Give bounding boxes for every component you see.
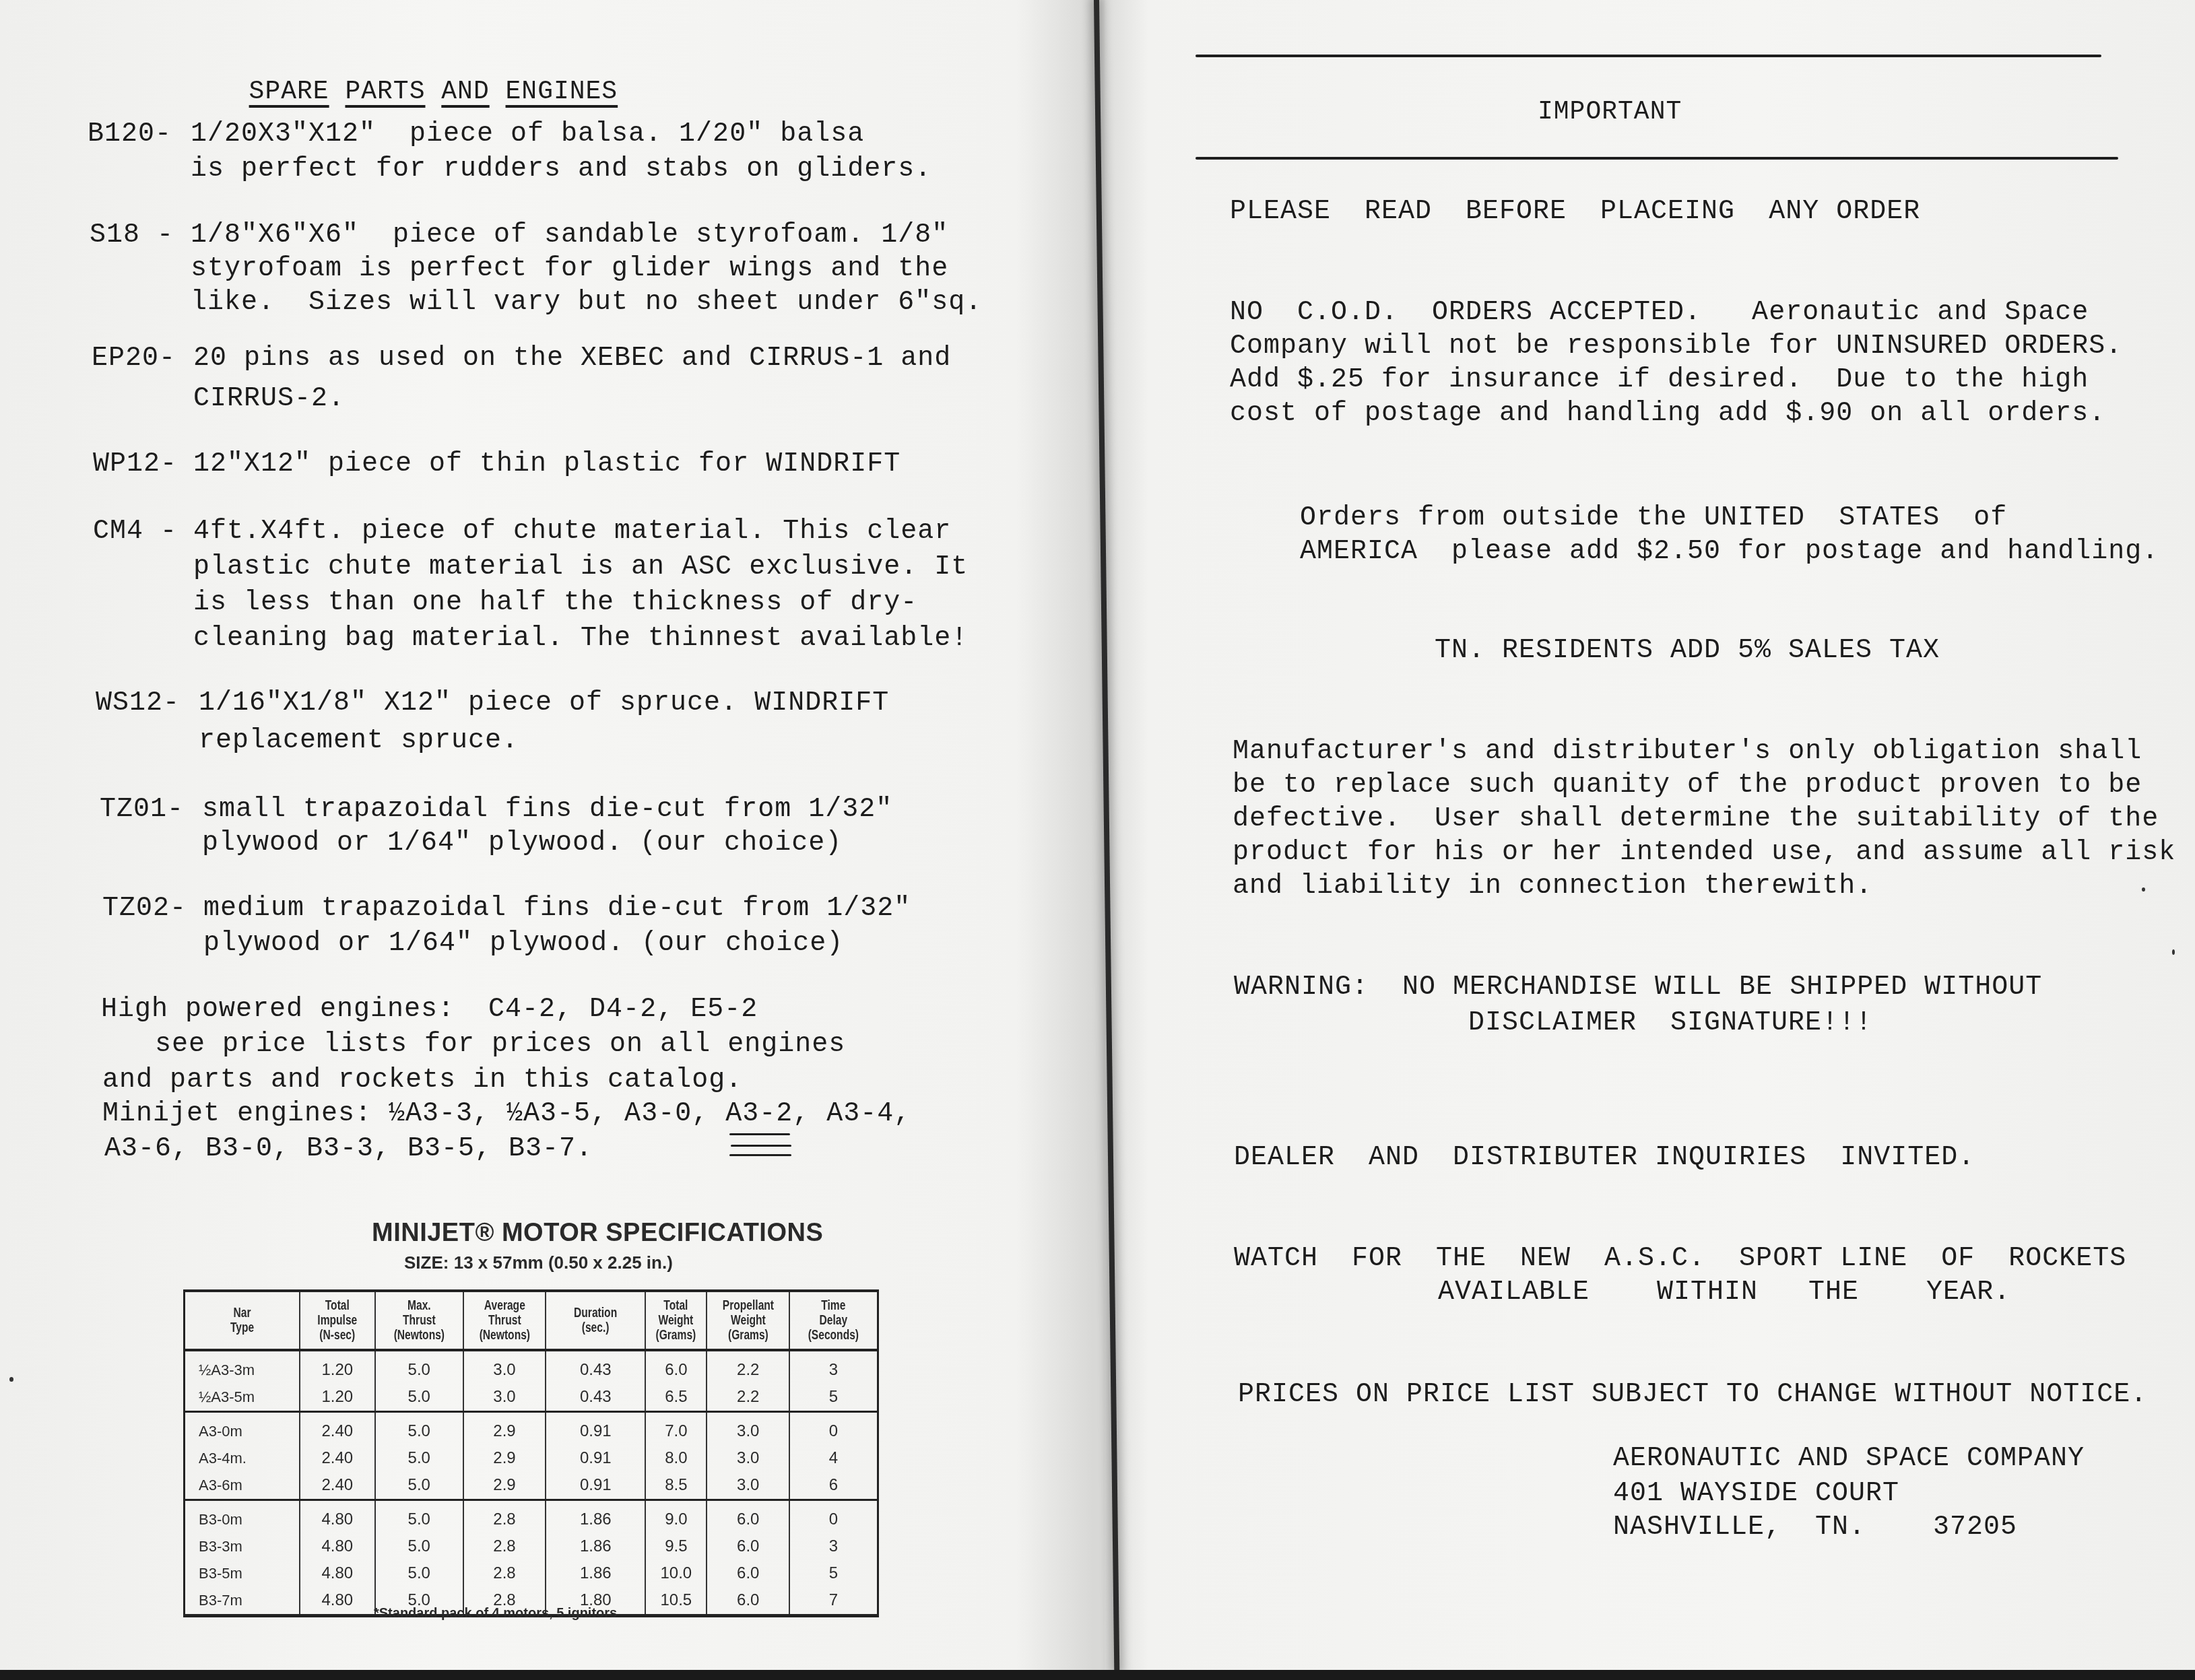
table-header-row: NarTypeTotalImpulse(N-sec)Max.Thrust(New…	[185, 1291, 878, 1350]
spec-value-cell: 6.5	[645, 1384, 707, 1412]
motor-type-cell: B3-7m	[185, 1587, 300, 1616]
watch-line-1: WATCH FOR THE NEW A.S.C. SPORT LINE OF R…	[1234, 1242, 2126, 1276]
spec-value-cell: 0	[789, 1500, 878, 1534]
part-code: S18 -	[90, 219, 174, 253]
spec-table-title: MINIJET® MOTOR SPECIFICATIONS	[372, 1219, 823, 1248]
spec-value-cell: 8.0	[645, 1445, 707, 1472]
spec-value-cell: 2.2	[707, 1384, 789, 1412]
header-text: Impulse	[317, 1313, 357, 1328]
handwritten-underline	[729, 1154, 791, 1156]
spec-value-cell: 2.40	[300, 1445, 375, 1472]
spec-value-cell: 3.0	[463, 1384, 546, 1412]
column-header: TimeDelay(Seconds)	[789, 1291, 878, 1350]
column-header: PropellantWeight(Grams)	[707, 1291, 789, 1350]
address-city: NASHVILLE, TN. 37205	[1613, 1511, 2017, 1545]
spec-value-cell: 2.8	[463, 1500, 546, 1534]
liability-line-4: product for his or her intended use, and…	[1233, 836, 2175, 870]
motor-type-cell: A3-6m	[185, 1472, 300, 1500]
spec-value-cell: 5.0	[375, 1350, 463, 1384]
important-heading: IMPORTANT	[1538, 96, 1682, 129]
see-price-lists: see price lists for prices on all engine…	[155, 1028, 845, 1062]
minijet-spec-table: NarTypeTotalImpulse(N-sec)Max.Thrust(New…	[183, 1289, 879, 1617]
spec-value-cell: 2.40	[300, 1472, 375, 1500]
minijet-engines-line-2: A3-6, B3-0, B3-3, B3-5, B3-7.	[104, 1133, 593, 1166]
header-text: Nar	[230, 1306, 254, 1320]
table-row: B3-3m4.805.02.81.869.56.03	[185, 1533, 878, 1560]
handwritten-underline	[731, 1145, 791, 1147]
foreign-orders-line-2: AMERICA please add $2.50 for postage and…	[1300, 535, 2159, 569]
spec-value-cell: 4.80	[300, 1560, 375, 1587]
spec-value-cell: 3.0	[707, 1412, 789, 1446]
spec-value-cell: 2.9	[463, 1445, 546, 1472]
spec-value-cell: 1.86	[546, 1560, 645, 1587]
spec-value-cell: 4.80	[300, 1533, 375, 1560]
liability-line-1: Manufacturer's and distributer's only ob…	[1233, 735, 2142, 769]
spec-footnote: *Standard pack of 4 motors, 5 ignitors	[374, 1606, 617, 1621]
table-row: A3-6m2.405.02.90.918.53.06	[185, 1472, 878, 1500]
spec-value-cell: 2.9	[463, 1412, 546, 1446]
header-text: Total	[317, 1298, 357, 1313]
part-description-line: small trapazoidal fins die-cut from 1/32…	[202, 793, 892, 827]
spec-value-cell: 10.5	[645, 1587, 707, 1616]
scan-speck	[2142, 887, 2145, 892]
part-code: TZ02-	[102, 892, 187, 926]
part-description-line: 1/8"X6"X6" piece of sandable styrofoam. …	[191, 219, 948, 253]
spec-value-cell: 0.43	[546, 1384, 645, 1412]
part-description-line: is perfect for rudders and stabs on glid…	[191, 153, 931, 187]
liability-line-2: be to replace such quanity of the produc…	[1233, 769, 2142, 803]
spec-table-subtitle: SIZE: 13 x 57mm (0.50 x 2.25 in.)	[404, 1252, 673, 1273]
spec-value-cell: 5.0	[375, 1560, 463, 1587]
part-description-line: 4ft.X4ft. piece of chute material. This …	[193, 515, 951, 549]
cod-line-3: Add $.25 for insurance if desired. Due t…	[1230, 364, 2089, 397]
spec-value-cell: 1.20	[300, 1384, 375, 1412]
spec-value-cell: 6	[789, 1472, 878, 1500]
spec-value-cell: 1.86	[546, 1533, 645, 1560]
part-description-line: cleaning bag material. The thinnest avai…	[193, 622, 968, 656]
column-header: Max.Thrust(Newtons)	[375, 1291, 463, 1350]
warning-line-1: WARNING: NO MERCHANDISE WILL BE SHIPPED …	[1234, 971, 2042, 1005]
handwritten-underline	[729, 1133, 790, 1135]
column-header: Duration(sec.)	[546, 1291, 645, 1350]
header-text: Weight	[656, 1313, 696, 1328]
column-header-label: AverageThrust(Newtons)	[479, 1298, 529, 1343]
motor-type-cell: A3-0m	[185, 1412, 300, 1446]
header-text: (Grams)	[656, 1328, 696, 1343]
table-row: B3-0m4.805.02.81.869.06.00	[185, 1500, 878, 1534]
table-row: ½A3-3m1.205.03.00.436.02.23	[185, 1350, 878, 1384]
spec-value-cell: 2.2	[707, 1350, 789, 1384]
part-description-line: styrofoam is perfect for glider wings an…	[191, 253, 948, 286]
header-text: (Newtons)	[479, 1328, 529, 1343]
part-code: EP20-	[92, 342, 176, 376]
spec-value-cell: 4	[789, 1445, 878, 1472]
part-description-line: 12"X12" piece of thin plastic for WINDRI…	[193, 448, 900, 481]
part-description-line: 1/16"X1/8" X12" piece of spruce. WINDRIF…	[199, 687, 889, 720]
part-description-line: plywood or 1/64" plywood. (our choice)	[203, 927, 843, 961]
cod-line-1: NO C.O.D. ORDERS ACCEPTED. Aeronautic an…	[1230, 296, 2089, 330]
spec-value-cell: 3	[789, 1533, 878, 1560]
table-row: ½A3-5m1.205.03.00.436.52.25	[185, 1384, 878, 1412]
part-description-line: CIRRUS-2.	[193, 382, 345, 416]
spec-value-cell: 5.0	[375, 1445, 463, 1472]
header-text: Thrust	[479, 1313, 529, 1328]
spec-value-cell: 6.0	[707, 1560, 789, 1587]
scan-speck	[2172, 949, 2175, 955]
table-row: A3-0m2.405.02.90.917.03.00	[185, 1412, 878, 1446]
spec-value-cell: 0.43	[546, 1350, 645, 1384]
address-street: 401 WAYSIDE COURT	[1613, 1477, 1899, 1511]
cod-line-2: Company will not be responsible for UNIN…	[1230, 330, 2122, 364]
spec-value-cell: 1.20	[300, 1350, 375, 1384]
cod-line-4: cost of postage and handling add $.90 on…	[1230, 397, 2105, 431]
column-header: TotalImpulse(N-sec)	[300, 1291, 375, 1350]
title-word: SPARE	[249, 77, 329, 106]
column-header: TotalWeight(Grams)	[645, 1291, 707, 1350]
watch-line-2: AVAILABLE WITHIN THE YEAR.	[1438, 1276, 2010, 1310]
motor-type-cell: B3-0m	[185, 1500, 300, 1534]
spec-value-cell: 0.91	[546, 1445, 645, 1472]
motor-type-cell: A3-4m.	[185, 1445, 300, 1472]
spec-value-cell: 9.5	[645, 1533, 707, 1560]
prices-notice: PRICES ON PRICE LIST SUBJECT TO CHANGE W…	[1238, 1378, 2147, 1412]
sales-tax-notice: TN. RESIDENTS ADD 5% SALES TAX	[1435, 634, 1940, 668]
header-text: Weight	[723, 1313, 774, 1328]
dealer-inquiries: DEALER AND DISTRIBUTER INQUIRIES INVITED…	[1234, 1141, 1975, 1175]
spec-value-cell: 5	[789, 1384, 878, 1412]
header-text: Average	[479, 1298, 529, 1313]
spec-value-cell: 3.0	[463, 1350, 546, 1384]
spec-value-cell: 7.0	[645, 1412, 707, 1446]
scan-speck	[9, 1377, 13, 1382]
header-text: Max.	[394, 1298, 445, 1313]
spec-value-cell: 5.0	[375, 1533, 463, 1560]
spec-value-cell: 0.91	[546, 1472, 645, 1500]
spec-value-cell: 3.0	[707, 1472, 789, 1500]
header-text: (Newtons)	[394, 1328, 445, 1343]
top-rule	[1195, 55, 2101, 57]
part-code: B120-	[88, 118, 172, 152]
spec-value-cell: 6.0	[707, 1533, 789, 1560]
spec-value-cell: 2.9	[463, 1472, 546, 1500]
header-text: Time	[808, 1298, 859, 1313]
spec-value-cell: 2.40	[300, 1412, 375, 1446]
spec-value-cell: 3	[789, 1350, 878, 1384]
please-read-notice: PLEASE READ BEFORE PLACEING ANY ORDER	[1230, 195, 1920, 229]
motor-type-cell: B3-3m	[185, 1533, 300, 1560]
header-text: Thrust	[394, 1313, 445, 1328]
column-header-label: PropellantWeight(Grams)	[723, 1298, 774, 1343]
spec-value-cell: 7	[789, 1587, 878, 1616]
high-powered-engines: High powered engines: C4-2, D4-2, E5-2	[101, 993, 758, 1027]
bottom-rule	[1195, 157, 2118, 160]
part-code: WS12-	[96, 687, 180, 720]
part-description-line: plywood or 1/64" plywood. (our choice)	[202, 827, 842, 861]
table-row: A3-4m.2.405.02.90.918.03.04	[185, 1445, 878, 1472]
part-description-line: like. Sizes will vary but no sheet under…	[191, 286, 982, 320]
spec-value-cell: 6.0	[645, 1350, 707, 1384]
spec-value-cell: 8.5	[645, 1472, 707, 1500]
motor-type-cell: B3-5m	[185, 1560, 300, 1587]
column-header-label: TimeDelay(Seconds)	[808, 1298, 859, 1343]
spec-value-cell: 5.0	[375, 1384, 463, 1412]
foreign-orders-line-1: Orders from outside the UNITED STATES of	[1300, 502, 2007, 535]
spec-value-cell: 2.8	[463, 1533, 546, 1560]
address-company: AERONAUTIC AND SPACE COMPANY	[1613, 1442, 2085, 1476]
liability-line-3: defective. User shall determine the suit…	[1233, 803, 2159, 836]
spec-value-cell: 2.8	[463, 1560, 546, 1587]
spec-value-cell: 3.0	[707, 1445, 789, 1472]
header-text: (sec.)	[574, 1320, 617, 1335]
scan-edge	[0, 1670, 2195, 1680]
header-text: Duration	[574, 1306, 617, 1320]
column-header-label: Max.Thrust(Newtons)	[394, 1298, 445, 1343]
part-description-line: is less than one half the thickness of d…	[193, 586, 917, 620]
spec-value-cell: 5.0	[375, 1412, 463, 1446]
minijet-engines-line-1: Minijet engines: ½A3-3, ½A3-5, A3-0, A3-…	[102, 1098, 911, 1131]
spec-value-cell: 4.80	[300, 1587, 375, 1616]
header-text: Delay	[808, 1313, 859, 1328]
spec-value-cell: 4.80	[300, 1500, 375, 1534]
column-header: AverageThrust(Newtons)	[463, 1291, 546, 1350]
title-word: PARTS	[345, 77, 425, 106]
motor-type-cell: ½A3-3m	[185, 1350, 300, 1384]
spec-value-cell: 0.91	[546, 1412, 645, 1446]
page-title-spare-parts: SPARE PARTS AND ENGINES	[217, 42, 618, 109]
spec-value-cell: 0	[789, 1412, 878, 1446]
spec-value-cell: 6.0	[707, 1587, 789, 1616]
title-word: AND	[441, 77, 489, 106]
table-row: B3-5m4.805.02.81.8610.06.05	[185, 1560, 878, 1587]
title-word: ENGINES	[506, 77, 618, 106]
spec-value-cell: 5	[789, 1560, 878, 1587]
column-header-label: Duration(sec.)	[574, 1306, 617, 1335]
header-text: (Seconds)	[808, 1328, 859, 1343]
header-text: (Grams)	[723, 1328, 774, 1343]
part-description-line: plastic chute material is an ASC exclusi…	[193, 551, 968, 584]
part-description-line: medium trapazoidal fins die-cut from 1/3…	[203, 892, 911, 926]
part-code: CM4 -	[93, 515, 177, 549]
spec-value-cell: 6.0	[707, 1500, 789, 1534]
part-code: WP12-	[93, 448, 177, 481]
header-text: (N-sec)	[317, 1328, 357, 1343]
header-text: Propellant	[723, 1298, 774, 1313]
spec-value-cell: 9.0	[645, 1500, 707, 1534]
motor-type-cell: ½A3-5m	[185, 1384, 300, 1412]
part-code: TZ01-	[100, 793, 184, 827]
spec-value-cell: 5.0	[375, 1500, 463, 1534]
column-header: NarType	[185, 1291, 300, 1350]
column-header-label: TotalImpulse(N-sec)	[317, 1298, 357, 1343]
warning-line-2: DISCLAIMER SIGNATURE!!!	[1468, 1007, 1872, 1040]
spec-value-cell: 10.0	[645, 1560, 707, 1587]
part-description-line: replacement spruce.	[199, 725, 519, 758]
header-text: Total	[656, 1298, 696, 1313]
spec-value-cell: 5.0	[375, 1472, 463, 1500]
part-description-line: 20 pins as used on the XEBEC and CIRRUS-…	[193, 342, 951, 376]
spec-value-cell: 1.86	[546, 1500, 645, 1534]
column-header-label: TotalWeight(Grams)	[656, 1298, 696, 1343]
and-parts-catalog: and parts and rockets in this catalog.	[102, 1064, 742, 1098]
header-text: Type	[230, 1320, 254, 1335]
liability-line-5: and liability in connection therewith.	[1233, 870, 1872, 904]
part-description-line: 1/20X3"X12" piece of balsa. 1/20" balsa	[191, 118, 864, 152]
column-header-label: NarType	[230, 1306, 254, 1335]
